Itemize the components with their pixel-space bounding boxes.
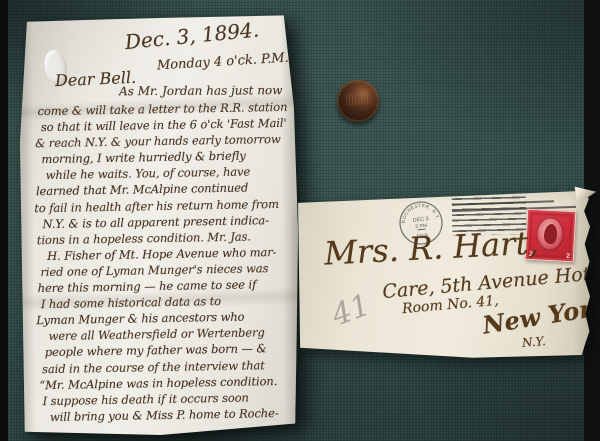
stamp-denomination: 2 bbox=[566, 253, 570, 260]
photo-edge-left bbox=[0, 0, 8, 441]
letter-time: Monday 4 o'ck. P.M. bbox=[157, 51, 290, 74]
stamp-portrait bbox=[535, 216, 565, 251]
coin bbox=[337, 80, 379, 122]
letter: Dec. 3, 1894. Monday 4 o'ck. P.M. Dear B… bbox=[20, 15, 298, 435]
address-recipient: Mrs. R. Hart, bbox=[323, 223, 539, 272]
letter-line: will bring you & Miss P. home to Roche- bbox=[50, 405, 293, 425]
letter-date: Dec. 3, 1894. bbox=[124, 17, 260, 54]
pencil-note: 41 bbox=[327, 288, 375, 334]
letter-body: come & will take a letter to the R.R. st… bbox=[37, 99, 292, 425]
envelope: ROCHESTER, N.Y. DEC 3 5 PM 1894 2 2 Mrs.… bbox=[296, 185, 590, 359]
envelope-paper: ROCHESTER, N.Y. DEC 3 5 PM 1894 2 2 Mrs.… bbox=[296, 185, 590, 359]
letter-paper: Dec. 3, 1894. Monday 4 o'ck. P.M. Dear B… bbox=[19, 14, 300, 436]
photograph: Dec. 3, 1894. Monday 4 o'ck. P.M. Dear B… bbox=[0, 0, 600, 441]
letter-opening-line: As Mr. Jordan has just now bbox=[119, 83, 283, 98]
coin-face bbox=[345, 92, 370, 106]
address-state: N.Y. bbox=[521, 334, 546, 350]
